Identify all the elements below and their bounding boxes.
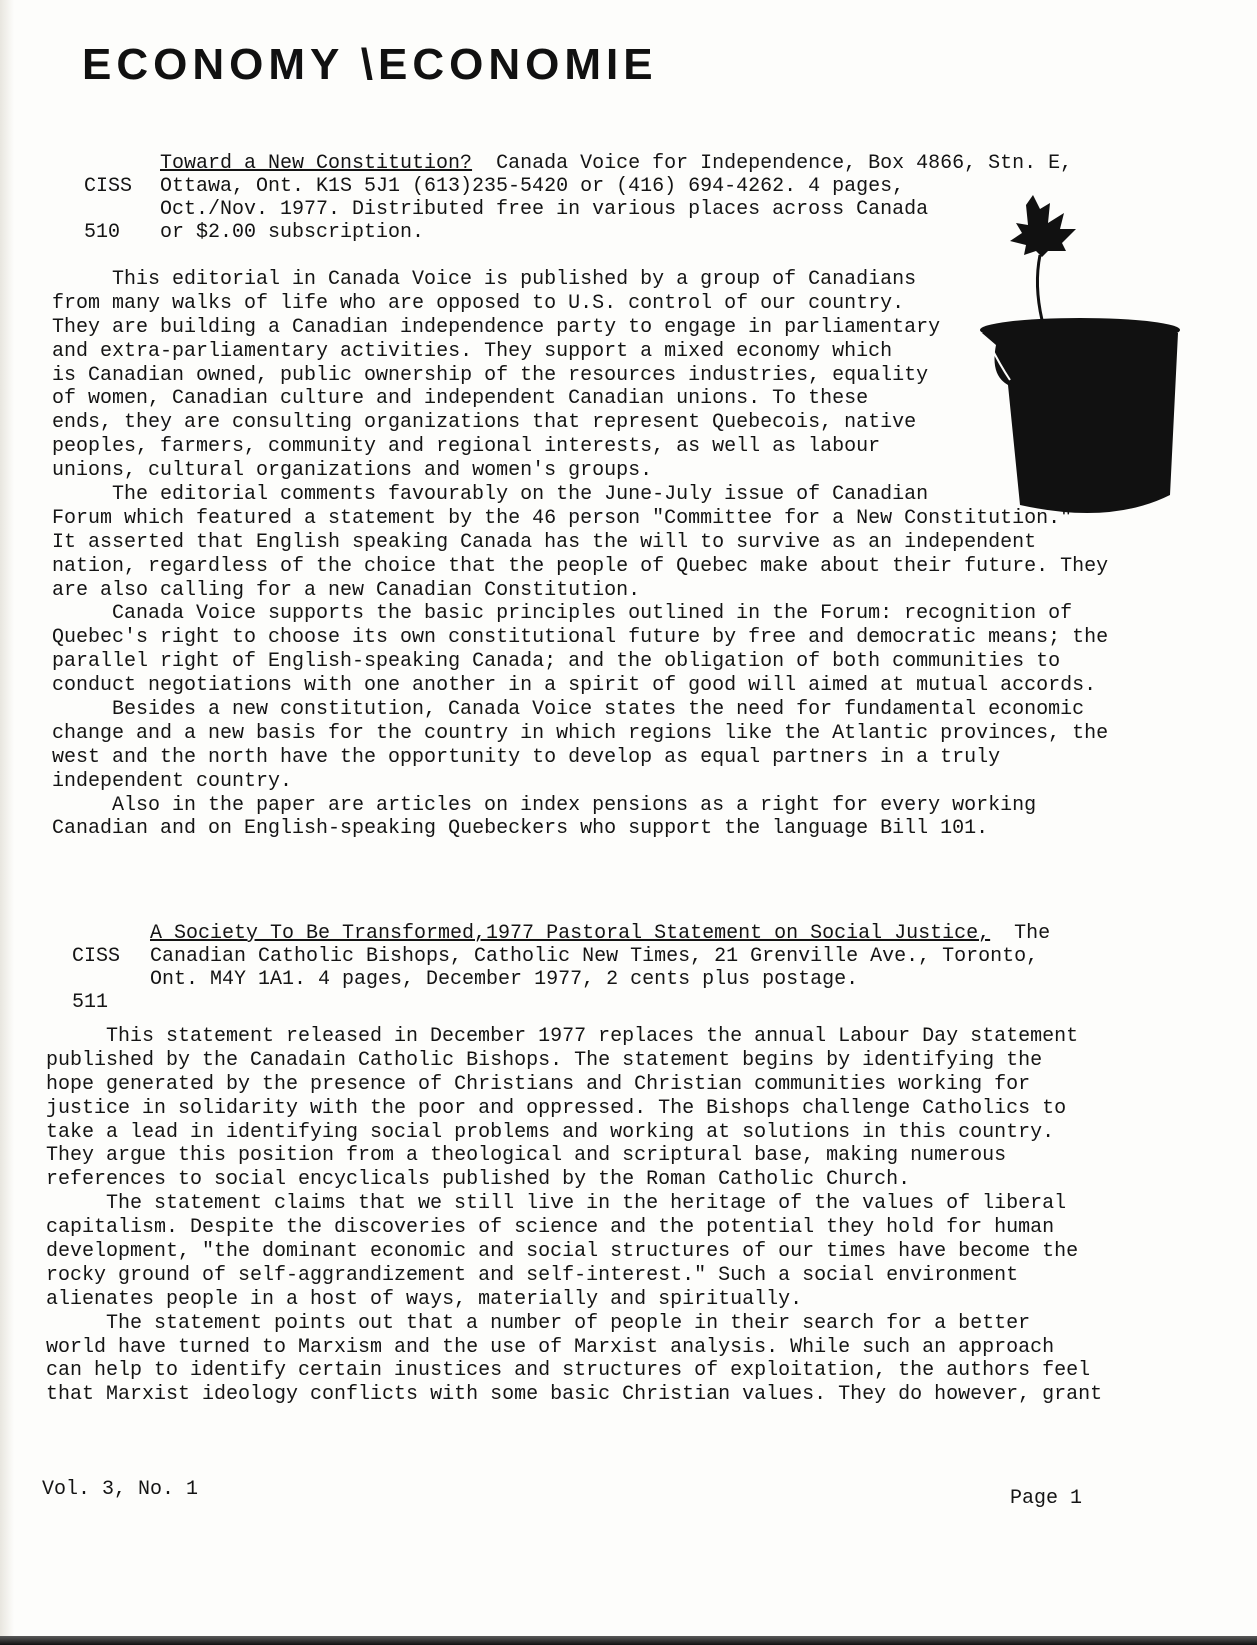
body-line: that Marxist ideology conflicts with som… <box>46 1383 1102 1407</box>
entry-id-number: 511 <box>72 991 108 1014</box>
citation-line: The <box>1014 922 1050 945</box>
volume-number: Vol. 3, No. 1 <box>42 1478 198 1501</box>
body-line: take a lead in identifying social proble… <box>46 1121 1102 1145</box>
body-line: rocky ground of self-aggrandizement and … <box>46 1264 1102 1288</box>
body-line: peoples, farmers, community and regional… <box>52 435 1108 459</box>
maple-leaf-flowerpot-icon <box>960 195 1180 525</box>
body-line: hope generated by the presence of Christ… <box>46 1073 1102 1097</box>
body-line: nation, regardless of the choice that th… <box>52 555 1108 579</box>
citation-line: Oct./Nov. 1977. Distributed free in vari… <box>160 198 1072 221</box>
body-line: world have turned to Marxism and the use… <box>46 1336 1102 1360</box>
body-line: Also in the paper are articles on index … <box>52 794 1108 818</box>
body-line: published by the Canadain Catholic Bisho… <box>46 1049 1102 1073</box>
body-line: parallel right of English-speaking Canad… <box>52 650 1108 674</box>
citation-line: Ont. M4Y 1A1. 4 pages, December 1977, 2 … <box>150 968 1050 991</box>
body-line: are also calling for a new Canadian Cons… <box>52 579 1108 603</box>
entry-citation-511: A Society To Be Transformed,1977 Pastora… <box>150 922 1050 991</box>
body-line: unions, cultural organizations and women… <box>52 459 1108 483</box>
body-line: The statement points out that a number o… <box>46 1312 1102 1336</box>
entry-id-510: CISS 510 <box>60 152 132 244</box>
body-line: The editorial comments favourably on the… <box>52 483 1108 507</box>
body-line: This statement released in December 1977… <box>46 1025 1102 1049</box>
page-number: Page 1 <box>1010 1487 1082 1510</box>
citation-line: or $2.00 subscription. <box>160 221 1072 244</box>
body-line: capitalism. Despite the discoveries of s… <box>46 1216 1102 1240</box>
body-line: development, "the dominant economic and … <box>46 1240 1102 1264</box>
body-line: Quebec's right to choose its own constit… <box>52 626 1108 650</box>
body-line: Canadian and on English-speaking Quebeck… <box>52 817 1108 841</box>
entry-summary-511: This statement released in December 1977… <box>46 1025 1102 1407</box>
scan-bottom-edge <box>0 1636 1257 1645</box>
body-line: conduct negotiations with one another in… <box>52 674 1108 698</box>
body-line: The statement claims that we still live … <box>46 1192 1102 1216</box>
body-line: justice in solidarity with the poor and … <box>46 1097 1102 1121</box>
body-line: from many walks of life who are opposed … <box>52 292 1108 316</box>
body-line: They are building a Canadian independenc… <box>52 316 1108 340</box>
entry-id-label: CISS <box>72 945 120 968</box>
entry-citation-510: Toward a New Constitution? Canada Voice … <box>160 152 1072 244</box>
body-line: It asserted that English speaking Canada… <box>52 531 1108 555</box>
body-line: references to social encyclicals publish… <box>46 1168 1102 1192</box>
body-line: They argue this position from a theologi… <box>46 1144 1102 1168</box>
body-line: and extra-parliamentary activities. They… <box>52 340 1108 364</box>
entry-id-label: CISS <box>84 175 132 198</box>
entry-summary-510: This editorial in Canada Voice is publis… <box>52 268 1108 841</box>
citation-line: Canadian Catholic Bishops, Catholic New … <box>150 945 1050 968</box>
body-line: ends, they are consulting organizations … <box>52 411 1108 435</box>
body-line: west and the north have the opportunity … <box>52 746 1108 770</box>
body-line: change and a new basis for the country i… <box>52 722 1108 746</box>
body-line: can help to identify certain inustices a… <box>46 1359 1102 1383</box>
body-line: Forum which featured a statement by the … <box>52 507 1108 531</box>
body-line: alienates people in a host of ways, mate… <box>46 1288 1102 1312</box>
entry-id-number: 510 <box>84 221 120 244</box>
page-edge-shadow <box>0 0 14 1645</box>
body-line: Besides a new constitution, Canada Voice… <box>52 698 1108 722</box>
entry-id-511: CISS 511 <box>48 922 120 1014</box>
citation-line: Canada Voice for Independence, Box 4866,… <box>496 152 1072 175</box>
body-line: of women, Canadian culture and independe… <box>52 387 1108 411</box>
body-line: Canada Voice supports the basic principl… <box>52 602 1108 626</box>
body-line: This editorial in Canada Voice is publis… <box>52 268 1108 292</box>
entry-title-510: Toward a New Constitution? <box>160 152 472 175</box>
citation-line: Ottawa, Ont. K1S 5J1 (613)235-5420 or (4… <box>160 175 1072 198</box>
page-title: ECONOMY \ECONOMIE <box>82 40 658 90</box>
body-line: is Canadian owned, public ownership of t… <box>52 364 1108 388</box>
entry-title-511: A Society To Be Transformed,1977 Pastora… <box>150 922 990 945</box>
body-line: independent country. <box>52 770 1108 794</box>
